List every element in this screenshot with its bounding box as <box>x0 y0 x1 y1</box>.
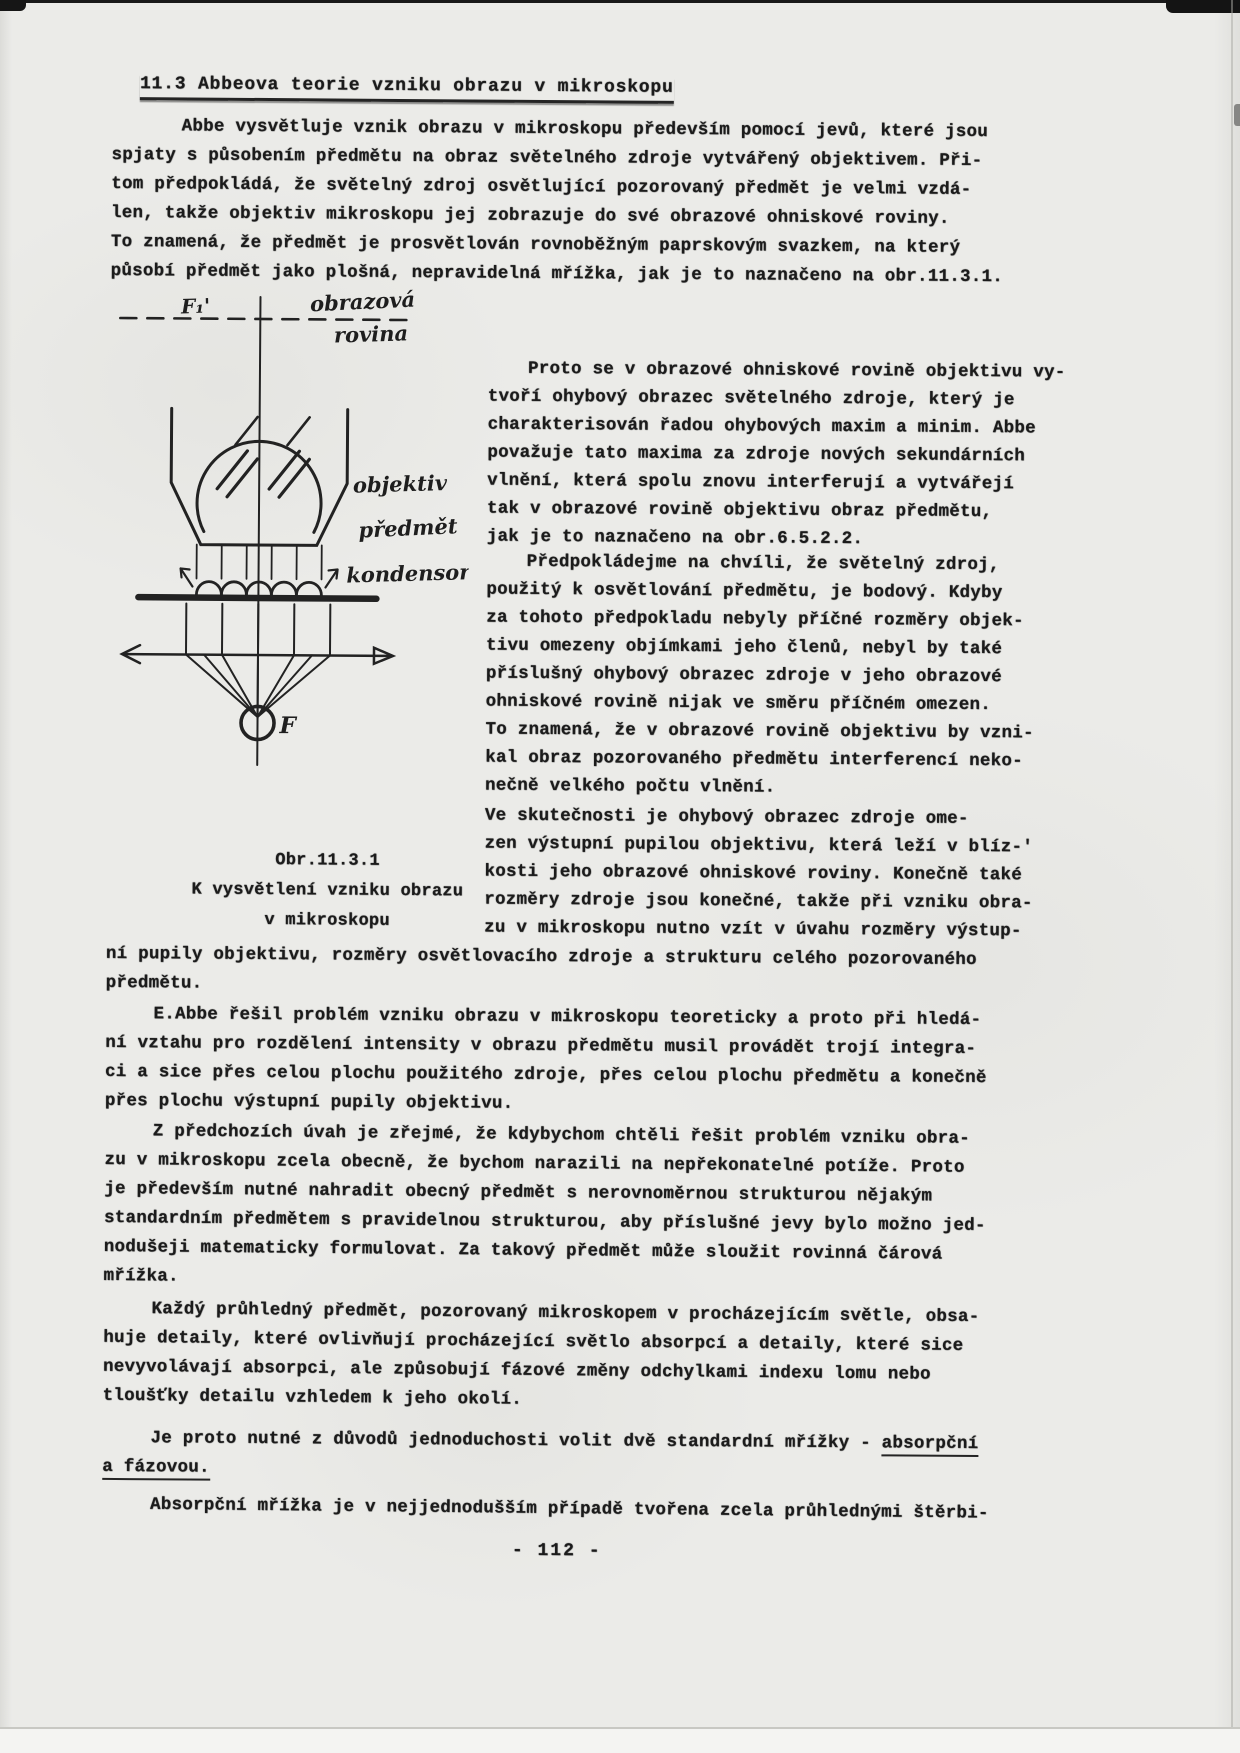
text-line: tak v obrazové rovině objektivu obraz př… <box>487 495 1032 527</box>
underlined-term-absorption: absorpční <box>882 1433 979 1457</box>
text-line: tvoří ohybový obrazec světelného zdroje,… <box>488 383 1033 415</box>
body-paragraph-5: Z předchozích úvah je zřejmé, že kdybych… <box>103 1117 1020 1299</box>
text-line: v mikroskopu <box>112 905 542 938</box>
scanned-document-page: 11.3 Abbeova teorie vzniku obrazu v mikr… <box>0 0 1240 1753</box>
scanner-background-strip <box>0 1729 1240 1753</box>
paper-right-edge <box>1231 0 1233 1753</box>
text-line: tivu omezeny objímkami jeho členů, nebyl… <box>486 632 1031 664</box>
image-plane-dashed-line <box>120 318 410 320</box>
object-label: předmět <box>358 513 458 542</box>
text-line: Obr.11.3.1 <box>112 845 542 878</box>
text-line: Absorpční mřížka je v nejjednodušším pří… <box>102 1490 1017 1529</box>
parallel-rays <box>186 603 330 655</box>
text-line: za tohoto předpokladu nebyly příčné rozm… <box>486 604 1031 636</box>
section-heading: 11.3 Abbeova teorie vzniku obrazu v mikr… <box>140 74 674 104</box>
scan-edge-top-left-mark <box>0 0 26 11</box>
text-line: To znamená, že v obrazové rovině objekti… <box>485 716 1030 748</box>
image-plane-label-line2: rovina <box>334 320 409 347</box>
text-line: Ve skutečnosti je ohybový obrazec zdroje… <box>485 802 1030 834</box>
text-line: Předpokládejme na chvíli, že světelný zd… <box>487 548 1032 580</box>
microscope-diagram: F₁' obrazová rovina objektiv předmět kon… <box>107 286 471 819</box>
text-line: kosti jeho obrazové ohniskové roviny. Ko… <box>484 858 1029 890</box>
page-number: - 112 - <box>102 1538 1012 1564</box>
text-line: charakterisován řadou ohybových maxim a … <box>488 411 1033 443</box>
paragraph-7-prefix: Je proto nutné z důvodů jednoduchosti vo… <box>102 1428 881 1453</box>
text-line: považuje tato maxima za zdroje nových se… <box>487 439 1032 471</box>
column-paragraph-2: Předpokládejme na chvíli, že světelný zd… <box>485 548 1032 804</box>
text-line: příslušný ohybový obrazec zdroje v jeho … <box>486 660 1031 692</box>
text-line: zu v mikroskopu nutno vzít v úvahu rozmě… <box>484 914 1029 946</box>
column-paragraph-3: Ve skutečnosti je ohybový obrazec zdroje… <box>484 802 1030 946</box>
text-line: rozměry zdroje jsou konečné, takže při v… <box>484 886 1029 918</box>
intro-paragraph: Abbe vysvětluje vznik obrazu v mikroskop… <box>111 112 1027 292</box>
objective-label: objektiv <box>353 470 449 498</box>
body-paragraph-8: Absorpční mřížka je v nejjednodušším pří… <box>102 1490 1017 1529</box>
condenser-label: kondensor <box>346 559 471 588</box>
ray-fan <box>186 654 330 719</box>
focal-point-label: F₁' <box>180 294 211 319</box>
text-line: nečně velkého počtu vlnění. <box>485 772 1030 804</box>
body-paragraph-6: Každý průhledný předmět, pozorovaný mikr… <box>103 1295 1019 1420</box>
column-paragraph-1: Proto se v obrazové ohniskové rovině obj… <box>487 355 1033 555</box>
scan-edge-right-mark <box>1234 104 1240 126</box>
scan-edge-top-right-mark <box>1166 0 1240 13</box>
page-content: 11.3 Abbeova teorie vzniku obrazu v mikr… <box>0 0 1240 1753</box>
text-line: použitý k osvětlování předmětu, je bodov… <box>486 576 1031 608</box>
figure-caption: Obr.11.3.1K vysvětlení vzniku obrazuv mi… <box>112 845 543 938</box>
text-line: Proto se v obrazové ohniskové rovině obj… <box>488 355 1033 387</box>
text-line: ohniskové rovině nijak ve směru příčném … <box>486 688 1031 720</box>
column-paragraph-3-continuation: ní pupily objektivu, rozměry osvětlovací… <box>106 940 1021 1004</box>
body-paragraph-4: E.Abbe řešil problém vzniku obrazu v mik… <box>105 1000 1021 1122</box>
underlined-term-phase: a fázovou. <box>102 1457 210 1481</box>
focus-label: F <box>278 712 297 739</box>
text-line: vlnění, která spolu znovu interferují a … <box>487 467 1032 499</box>
text-line: kal obraz pozorovaného předmětu interfer… <box>485 744 1030 776</box>
image-plane-label-line1: obrazová <box>309 287 415 317</box>
body-paragraph-7: Je proto nutné z důvodů jednoduchosti vo… <box>102 1424 1017 1488</box>
scan-edge-top <box>0 0 1240 3</box>
text-line: K vysvětlení vzniku obrazu <box>112 875 542 908</box>
text-line: zen výstupní pupilou objektivu, která le… <box>485 830 1030 862</box>
object-bar <box>138 597 376 599</box>
